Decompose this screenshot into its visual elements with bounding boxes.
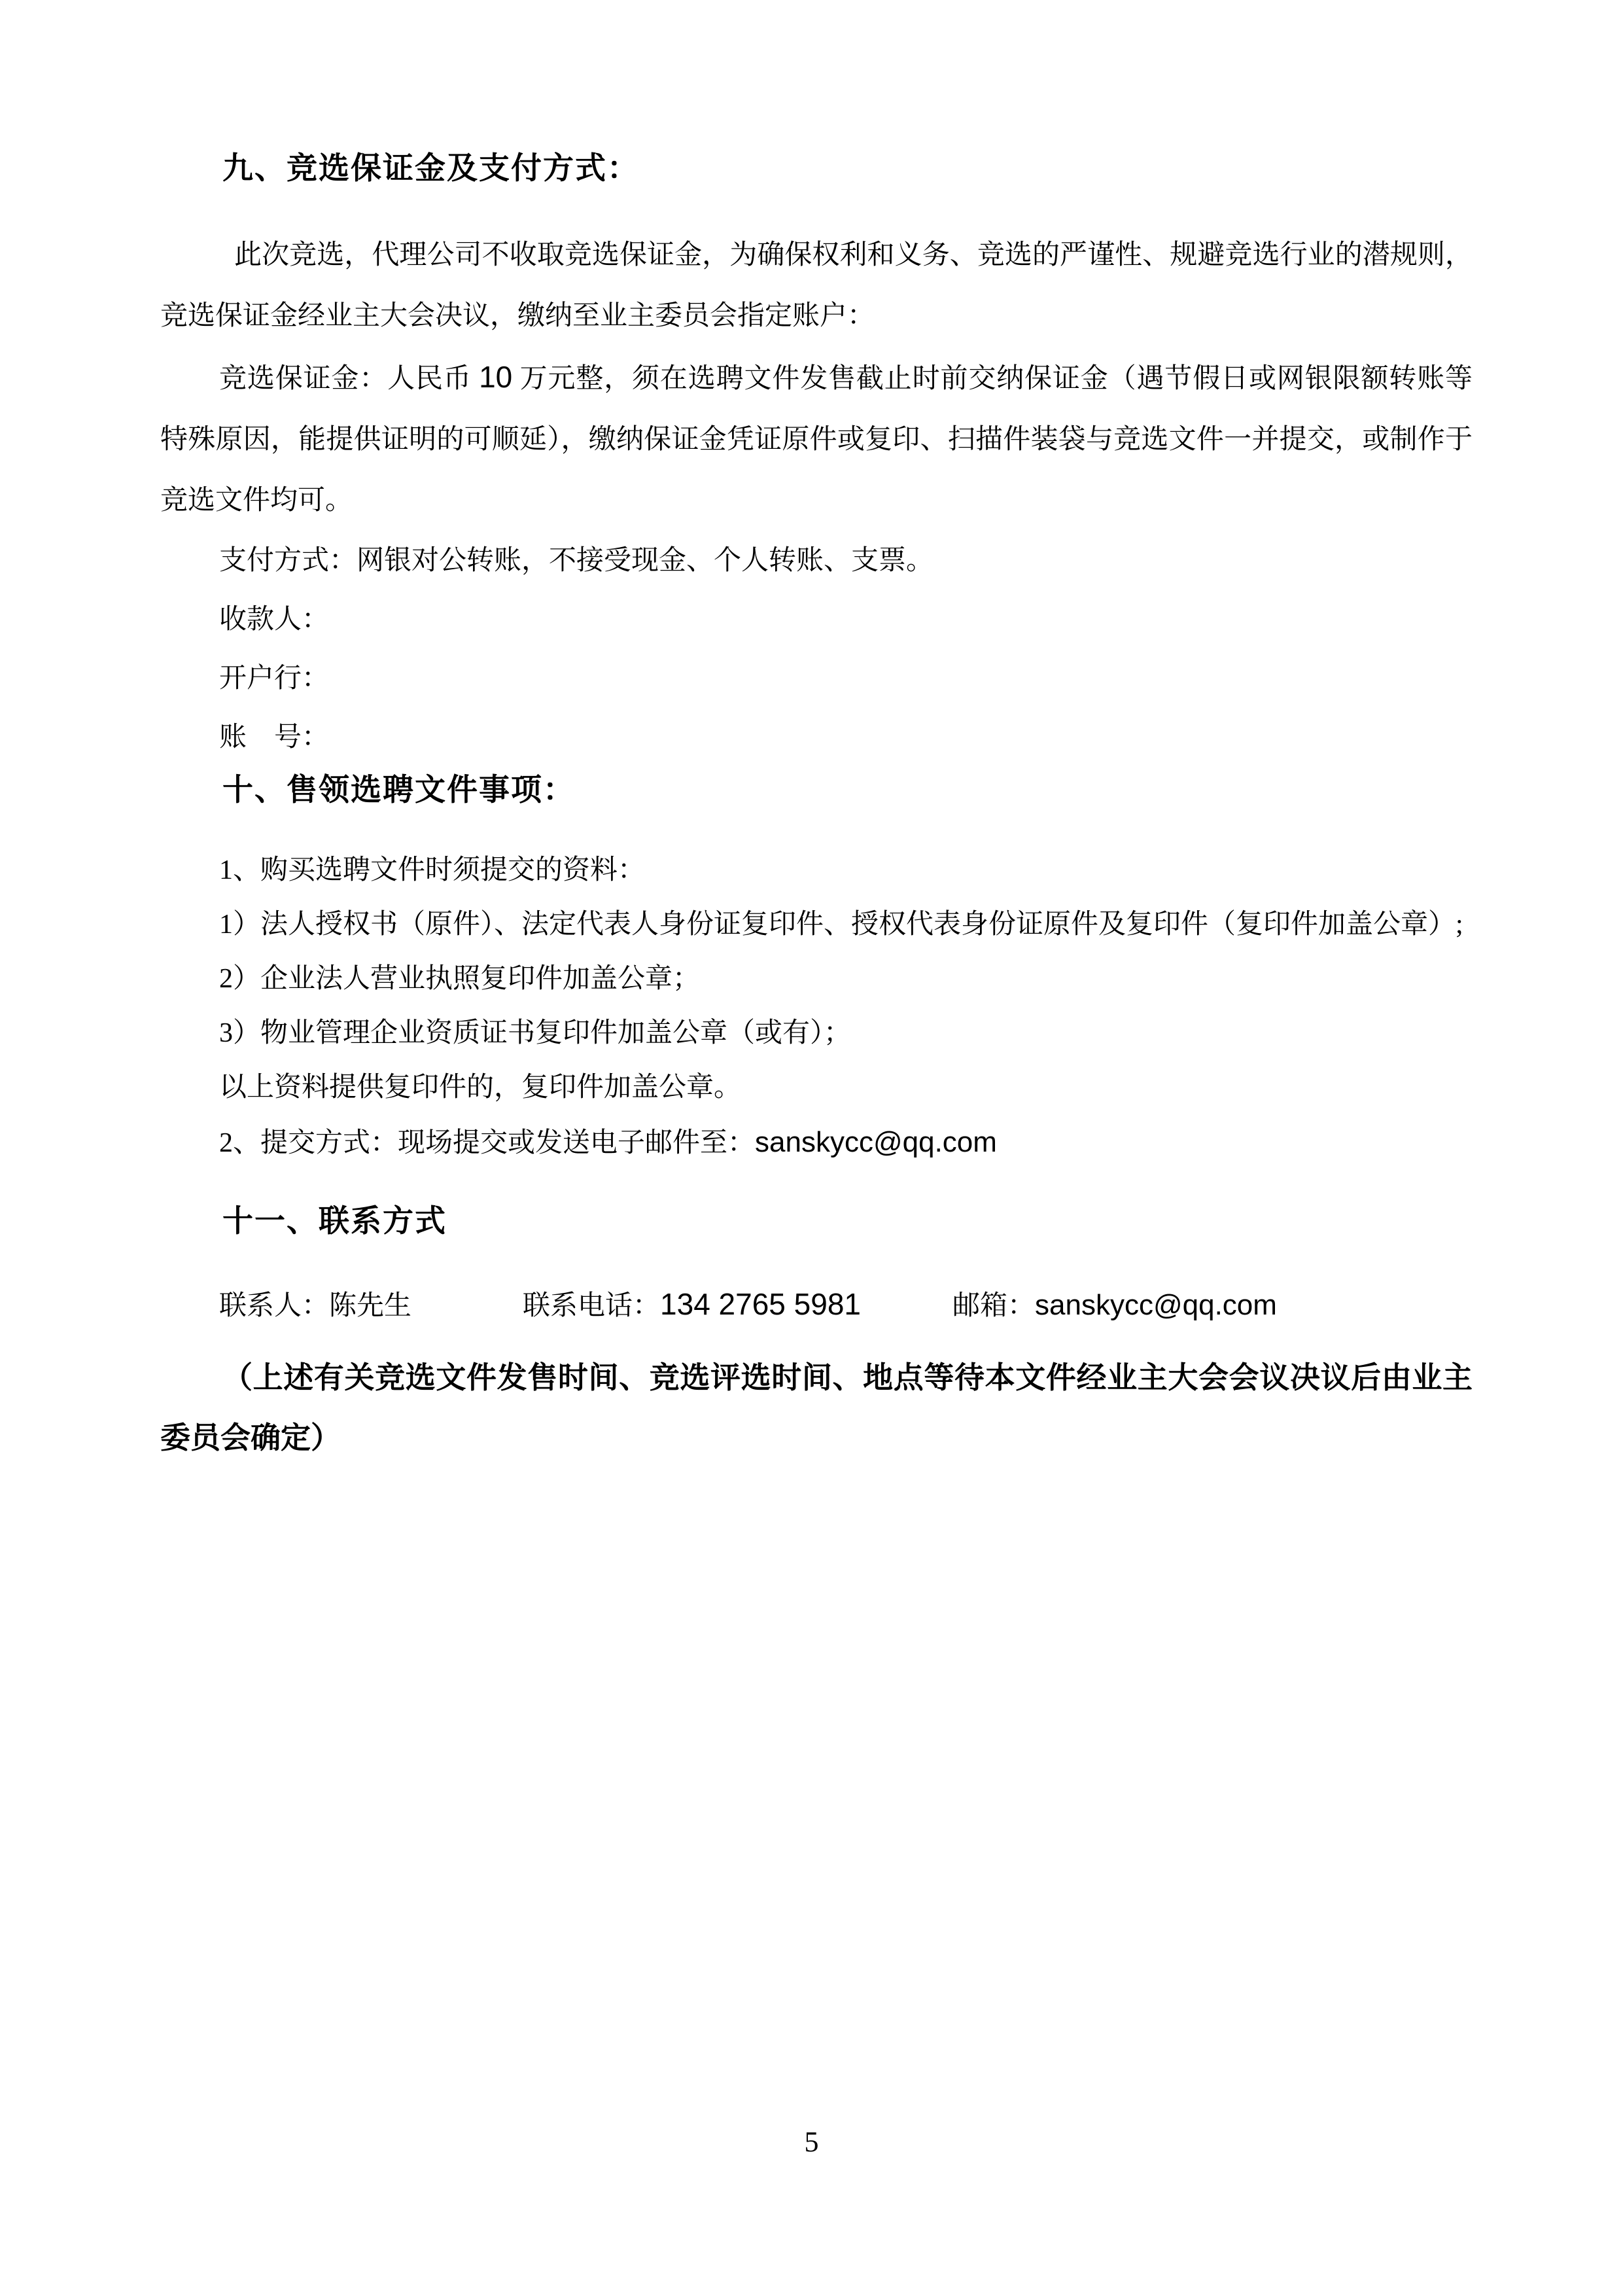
contact-person: 联系人：陈先生: [219, 1291, 411, 1321]
deposit-policy-paragraph: 此次竞选，代理公司不收取竞选保证金，为确保权利和义务、竞选的严谨性、规避竞选行业…: [160, 225, 1473, 347]
document-content: 九、竞选保证金及支付方式： 此次竞选，代理公司不收取竞选保证金，为确保权利和义务…: [0, 0, 1623, 1468]
material-item-1: 1）法人授权书（原件）、法定代表人身份证复印件、授权代表身份证原件及复印件（复印…: [160, 898, 1473, 952]
closing-note-paragraph: （上述有关竞选文件发售时间、竞选评选时间、地点等待本文件经业主大会会议决议后由业…: [160, 1348, 1473, 1468]
contact-phone-number: 134 2765 5981: [660, 1287, 861, 1321]
payment-method-line: 支付方式：网银对公转账，不接受现金、个人转账、支票。: [160, 531, 1473, 590]
page-number: 5: [0, 2127, 1623, 2158]
submission-method-text: 2、提交方式：现场提交或发送电子邮件至：: [219, 1128, 755, 1158]
account-line: 账 号：: [160, 708, 1473, 767]
submission-method-line: 2、提交方式：现场提交或发送电子邮件至：sanskycc@qq.com: [160, 1115, 1473, 1171]
material-item-3: 3）物业管理企业资质证书复印件加盖公章（或有）；: [160, 1006, 1473, 1061]
section-10-heading: 十、售领选聘文件事项：: [160, 773, 1473, 807]
bank-line: 开户行：: [160, 649, 1473, 708]
copies-note-line: 以上资料提供复印件的，复印件加盖公章。: [160, 1061, 1473, 1115]
contact-phone-label: 联系电话：: [523, 1291, 660, 1321]
contact-email-label: 邮箱：: [952, 1291, 1035, 1321]
section-11-heading: 十一、联系方式: [160, 1205, 1473, 1239]
document-purchase-list: 1、购买选聘文件时须提交的资料： 1）法人授权书（原件）、法定代表人身份证复印件…: [160, 843, 1473, 1171]
submission-email-address: sanskycc@qq.com: [755, 1126, 997, 1158]
contact-email-address: sanskycc@qq.com: [1035, 1289, 1277, 1321]
materials-intro-line: 1、购买选聘文件时须提交的资料：: [160, 843, 1473, 898]
section-9-heading: 九、竞选保证金及支付方式：: [160, 152, 1473, 186]
payee-line: 收款人：: [160, 590, 1473, 649]
material-item-2: 2）企业法人营业执照复印件加盖公章；: [160, 952, 1473, 1006]
document-page: 九、竞选保证金及支付方式： 此次竞选，代理公司不收取竞选保证金，为确保权利和义务…: [0, 0, 1623, 2296]
contact-line: 联系人：陈先生联系电话：134 2765 5981邮箱：sanskycc@qq.…: [160, 1274, 1473, 1337]
deposit-amount-paragraph: 竞选保证金：人民币 10 万元整，须在选聘文件发售截止时前交纳保证金（遇节假日或…: [160, 347, 1473, 531]
deposit-amount-number: 10: [479, 360, 512, 394]
deposit-amount-text-pre: 竞选保证金：人民币: [219, 364, 479, 394]
